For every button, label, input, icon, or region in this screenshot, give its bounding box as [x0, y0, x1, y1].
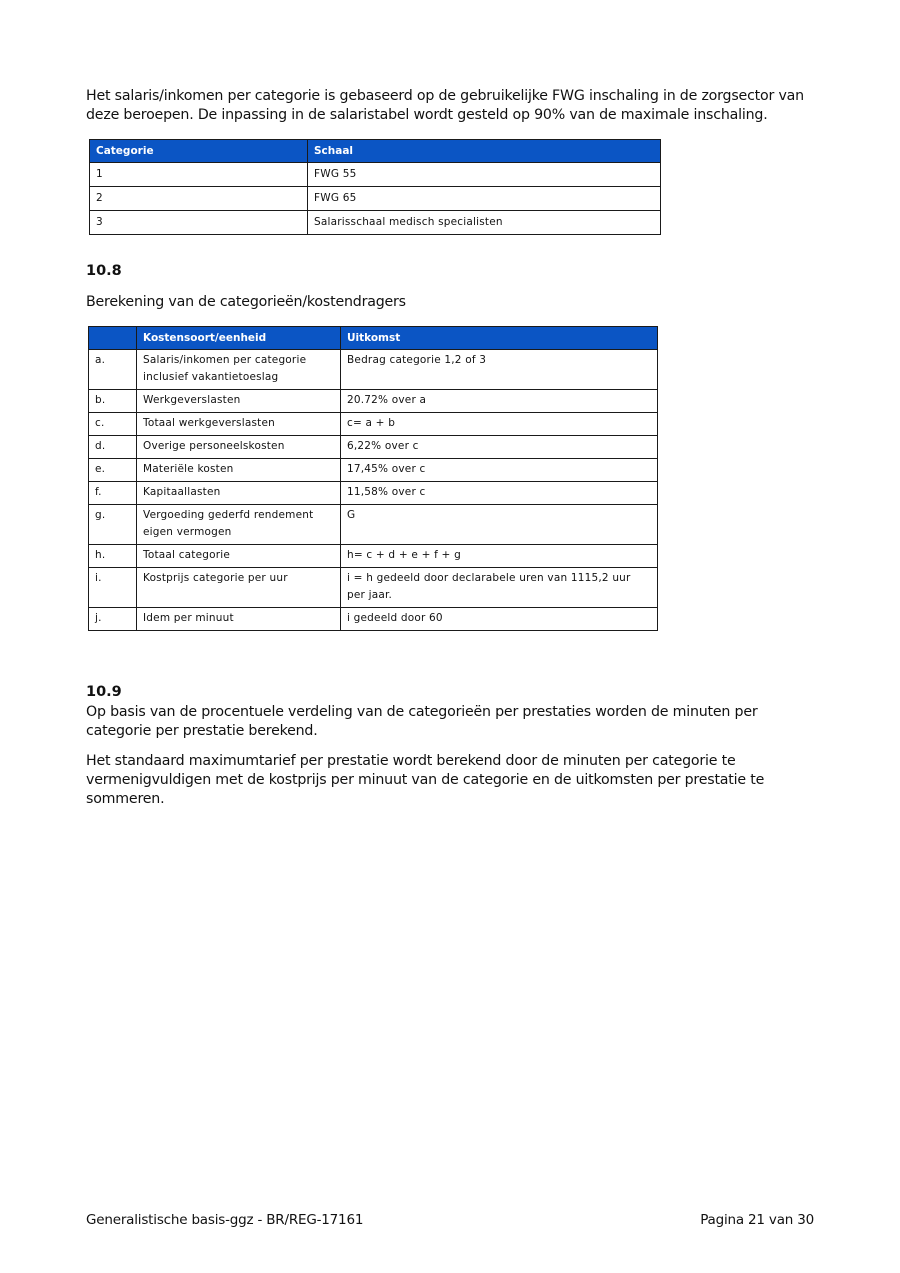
cell-kostensoort: Kapitaallasten	[137, 482, 341, 505]
cell-letter: d.	[89, 436, 137, 459]
cell-kostensoort: Salaris/inkomen per categorie inclusief …	[137, 350, 341, 390]
table-row: b.Werkgeverslasten20.72% over a	[89, 390, 658, 413]
intro-paragraph: Het salaris/inkomen per categorie is geb…	[86, 87, 816, 125]
cell-schaal: FWG 55	[308, 163, 661, 187]
cell-letter: f.	[89, 482, 137, 505]
cell-uitkomst: h= c + d + e + f + g	[341, 545, 658, 568]
cell-kostensoort: Materiële kosten	[137, 459, 341, 482]
table-header-row: Kostensoort/eenheid Uitkomst	[89, 327, 658, 350]
footer-page-number: Pagina 21 van 30	[700, 1212, 814, 1228]
cell-kostensoort: Idem per minuut	[137, 608, 341, 631]
cell-kostensoort: Totaal werkgeverslasten	[137, 413, 341, 436]
table-row: c.Totaal werkgeverslastenc= a + b	[89, 413, 658, 436]
table-row: d.Overige personeelskosten6,22% over c	[89, 436, 658, 459]
cell-uitkomst: i gedeeld door 60	[341, 608, 658, 631]
cell-kostensoort: Werkgeverslasten	[137, 390, 341, 413]
section-10-9-paragraph-1: Op basis van de procentuele verdeling va…	[86, 703, 816, 741]
table-row: 1 FWG 55	[90, 163, 661, 187]
column-header-uitkomst: Uitkomst	[341, 327, 658, 350]
table-row: a.Salaris/inkomen per categorie inclusie…	[89, 350, 658, 390]
cell-schaal: Salarisschaal medisch specialisten	[308, 211, 661, 235]
table-row: g.Vergoeding gederfd rendement eigen ver…	[89, 505, 658, 545]
cell-uitkomst: 20.72% over a	[341, 390, 658, 413]
table-row: 3 Salarisschaal medisch specialisten	[90, 211, 661, 235]
kosten-table: Kostensoort/eenheid Uitkomst a.Salaris/i…	[88, 326, 658, 631]
cell-uitkomst: 11,58% over c	[341, 482, 658, 505]
cell-letter: c.	[89, 413, 137, 436]
cell-uitkomst: c= a + b	[341, 413, 658, 436]
table-row: i.Kostprijs categorie per uuri = h gedee…	[89, 568, 658, 608]
column-header-schaal: Schaal	[308, 140, 661, 163]
cell-letter: g.	[89, 505, 137, 545]
table-header-row: Categorie Schaal	[90, 140, 661, 163]
table-row: h.Totaal categorieh= c + d + e + f + g	[89, 545, 658, 568]
cell-categorie: 1	[90, 163, 308, 187]
table-row: f.Kapitaallasten11,58% over c	[89, 482, 658, 505]
cell-letter: b.	[89, 390, 137, 413]
table-row: 2 FWG 65	[90, 187, 661, 211]
cell-uitkomst: G	[341, 505, 658, 545]
table-row: j.Idem per minuuti gedeeld door 60	[89, 608, 658, 631]
cell-letter: i.	[89, 568, 137, 608]
section-10-9-paragraph-2: Het standaard maximumtarief per prestati…	[86, 752, 816, 809]
cell-kostensoort: Kostprijs categorie per uur	[137, 568, 341, 608]
section-number-10-8: 10.8	[86, 263, 122, 279]
column-header-kostensoort: Kostensoort/eenheid	[137, 327, 341, 350]
section-number-10-9: 10.9	[86, 684, 122, 700]
cell-letter: e.	[89, 459, 137, 482]
column-header-letter	[89, 327, 137, 350]
cell-letter: h.	[89, 545, 137, 568]
cell-kostensoort: Overige personeelskosten	[137, 436, 341, 459]
cell-kostensoort: Totaal categorie	[137, 545, 341, 568]
cell-letter: a.	[89, 350, 137, 390]
table-row: e.Materiële kosten17,45% over c	[89, 459, 658, 482]
cell-uitkomst: 17,45% over c	[341, 459, 658, 482]
cell-uitkomst: 6,22% over c	[341, 436, 658, 459]
schaal-table: Categorie Schaal 1 FWG 55 2 FWG 65 3 Sal…	[89, 139, 661, 235]
cell-categorie: 2	[90, 187, 308, 211]
cell-uitkomst: Bedrag categorie 1,2 of 3	[341, 350, 658, 390]
footer-document-title: Generalistische basis-ggz - BR/REG-17161	[86, 1212, 363, 1228]
section-10-8-subtitle: Berekening van de categorieën/kostendrag…	[86, 293, 816, 312]
cell-uitkomst: i = h gedeeld door declarabele uren van …	[341, 568, 658, 608]
cell-categorie: 3	[90, 211, 308, 235]
cell-kostensoort: Vergoeding gederfd rendement eigen vermo…	[137, 505, 341, 545]
cell-letter: j.	[89, 608, 137, 631]
cell-schaal: FWG 65	[308, 187, 661, 211]
column-header-categorie: Categorie	[90, 140, 308, 163]
